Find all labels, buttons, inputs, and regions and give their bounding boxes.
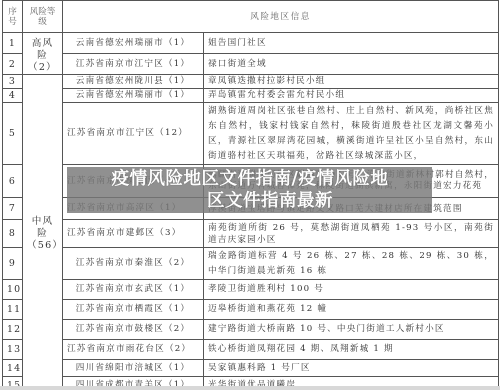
table-row: 2 江苏省南京市江宁区（1） 禄口街道全域 [3,54,499,75]
row-info: 章凤镇迭撒村拉影村民小组 [204,75,499,89]
row-info: 姐告国门社区 [204,33,499,54]
table-row: 14 四川省绵阳市涪城区（1） 吴家镇惠科路 1 号厂区 [3,360,499,377]
row-index: 11 [3,300,23,320]
row-info: 迈皋桥街道和燕花苑 12 幢 [204,300,499,320]
row-region: 江苏省南京市江宁区（12） [63,103,204,165]
row-region: 江苏省南京市雨花台区（2） [63,340,204,360]
header-info: 风险地区信息 [63,1,499,33]
table-row: 9 江苏省南京市秦淮区（2） 瑞金路街道标营 4 号 26 栋、27 栋、28 … [3,248,499,280]
row-region: 江苏省南京市栖霞区（1） [63,300,204,320]
row-region: 云南省德宏州瑞丽市（1） [63,33,204,54]
row-index: 3 [3,75,23,89]
row-index: 8 [3,220,23,248]
table-row: 1 高风险（2） 云南省德宏州瑞丽市（1） 姐告国门社区 [3,33,499,54]
row-info: 湖熟街道周岗社区张巷自然村、庄上自然村、新风苑，尚桥社区焦东自然村，钱家村钱家自… [204,103,499,165]
row-index: 5 [3,103,23,165]
row-region: 四川省绵阳市涪城区（1） [63,360,204,377]
table-row: 13 江苏省南京市雨花台区（2） 铁心桥街道凤翔花园 4 期、凤翔新城 1 期 [3,340,499,360]
row-index: 10 [3,280,23,300]
article-title-line-1: 疫情风险地区文件指南/疫情风险地 [50,168,450,190]
row-info: 弄岛镇雷允村委会雷允村民小组 [204,89,499,103]
row-index: 12 [3,320,23,340]
article-title: 疫情风险地区文件指南/疫情风险地 区文件指南最新 [50,168,450,212]
table-row: 3 中风险（56） 云南省德宏州陇川县（1） 章凤镇迭撒村拉影村民小组 [3,75,499,89]
row-info: 铁心桥街道凤翔花园 4 期、凤翔新城 1 期 [204,340,499,360]
row-index: 13 [3,340,23,360]
row-info: 禄口街道全域 [204,54,499,75]
article-title-line-2: 区文件指南最新 [50,190,450,212]
row-info: 孝陵卫街道胜利村 100 号 [204,280,499,300]
table-header-row: 序号 风险等级 风险地区信息 [3,1,499,33]
row-region: 云南省德宏州陇川县（1） [63,75,204,89]
row-region: 江苏省南京市秦淮区（2） [63,248,204,280]
row-region: 江苏省南京市鼓楼区（2） [63,320,204,340]
row-info: 南苑街道所街 26 号，莫愁湖街道凤栖苑 1-93 号小区，南苑街道吉庆家园小区 [204,220,499,248]
page-bottom-edge [0,386,500,390]
row-info: 瑞金路街道标营 4 号 26 栋、27 栋、28 栋、29 栋、30 栋，中华门… [204,248,499,280]
table-row: 8 江苏省南京市建邺区（3） 南苑街道所街 26 号，莫愁湖街道凤栖苑 1-93… [3,220,499,248]
risk-level-medium: 中风险（56） [23,75,63,390]
row-index: 6 [3,165,23,198]
table-row: 5 江苏省南京市江宁区（12） 湖熟街道周岗社区张巷自然村、庄上自然村、新风苑，… [3,103,499,165]
row-index: 14 [3,360,23,377]
row-index: 7 [3,198,23,220]
table-row: 11 江苏省南京市栖霞区（1） 迈皋桥街道和燕花苑 12 幢 [3,300,499,320]
header-level: 风险等级 [23,1,63,33]
row-region: 江苏省南京市建邺区（3） [63,220,204,248]
row-region: 江苏省南京市江宁区（1） [63,54,204,75]
row-info: 建宁路街道大桥南路 10 号、中央门街道工人新村小区 [204,320,499,340]
risk-level-high: 高风险（2） [23,33,63,75]
row-info: 吴家镇惠科路 1 号厂区 [204,360,499,377]
header-index: 序号 [3,1,23,33]
row-index: 1 [3,33,23,54]
table-row: 12 江苏省南京市鼓楼区（2） 建宁路街道大桥南路 10 号、中央门街道工人新村… [3,320,499,340]
row-region: 云南省德宏州瑞丽市（1） [63,89,204,103]
row-index: 4 [3,89,23,103]
document-page: 序号 风险等级 风险地区信息 1 高风险（2） 云南省德宏州瑞丽市（1） 姐告国… [0,0,500,390]
row-index: 2 [3,54,23,75]
row-region: 江苏省南京市玄武区（1） [63,280,204,300]
table-row: 4 云南省德宏州瑞丽市（1） 弄岛镇雷允村委会雷允村民小组 [3,89,499,103]
row-index: 9 [3,248,23,280]
table-row: 10 江苏省南京市玄武区（1） 孝陵卫街道胜利村 100 号 [3,280,499,300]
